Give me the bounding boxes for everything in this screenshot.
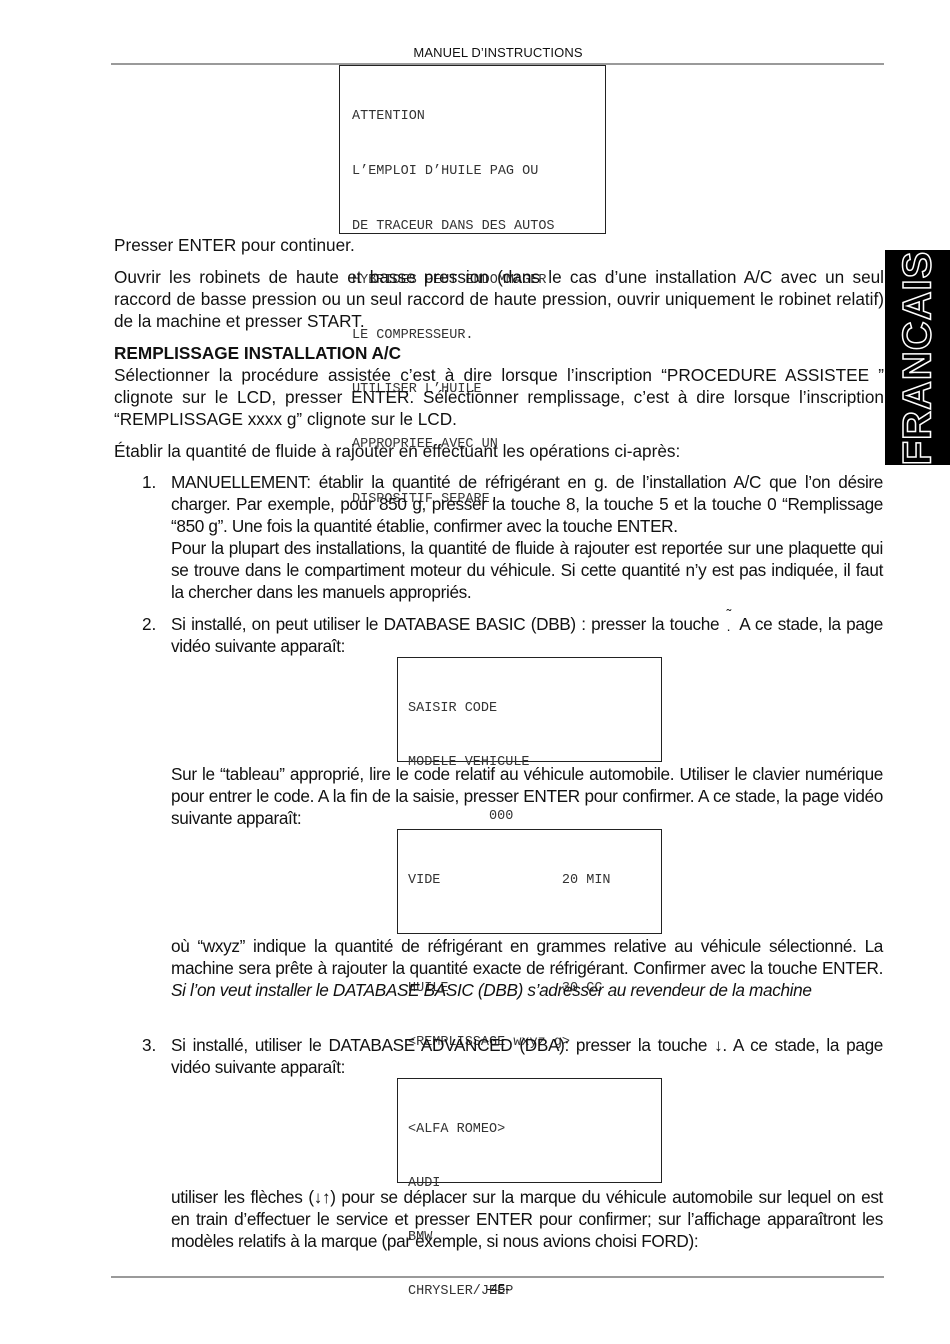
paragraph-press-enter: Presser ENTER pour continuer. (114, 234, 884, 256)
language-side-tab: FRANCAIS (885, 250, 950, 465)
language-tab-label: FRANCAIS (895, 250, 940, 465)
attention-box: ATTENTION L’EMPLOI D’HUILE PAG OU DE TRA… (339, 65, 606, 234)
paragraph-arrows-navigation: utiliser les flèches (↓↑) pour se déplac… (171, 1186, 883, 1252)
paragraph-select-procedure: Sélectionner la procédure assistée c’est… (114, 364, 884, 430)
list-number: 1. (142, 471, 156, 493)
footer-rule (111, 1276, 884, 1278)
wxyz-text: où “wxyz” indique la quantité de réfrigé… (171, 936, 883, 978)
lcd-line: VIDE 20 MIN (408, 872, 651, 890)
list-item-dbb: Si installé, on peut utiliser le DATABAS… (171, 613, 883, 657)
page-number: -45- (0, 1281, 950, 1296)
lcd-line: SAISIR CODE (408, 700, 651, 718)
lcd-screen-fill-summary: VIDE 20 MIN HUILE 30 CC <REMPLISSAGE wxy… (397, 829, 662, 934)
lcd-line: <ALFA ROMEO> (408, 1121, 651, 1139)
dbb-install-note: Si l’on veut installer le DATABASE BASIC… (171, 980, 812, 1000)
lcd-screen-brand-list: <ALFA ROMEO> AUDI BMW CHRYSLER/JEEP (397, 1078, 662, 1183)
list-item-manual: MANUELLEMENT: établir la quantité de réf… (171, 471, 883, 537)
paragraph-wxyz-explanation: où “wxyz” indique la quantité de réfrigé… (171, 935, 883, 1001)
paragraph-open-valves: Ouvrir les robinets de haute et basse pr… (114, 266, 884, 332)
list-number: 3. (142, 1034, 156, 1056)
list-item-dba: Si installé, utiliser le DATABASE ADVANC… (171, 1034, 883, 1078)
paragraph-read-code: Sur le “tableau” approprié, lire le code… (171, 763, 883, 829)
section-title: REMPLISSAGE INSTALLATION A/C (114, 342, 401, 364)
lcd-screen-model-code: SAISIR CODE MODELE VEHICULE 000 Taper EN… (397, 657, 662, 762)
paragraph-establish-quantity: Établir la quantité de fluide à rajouter… (114, 440, 884, 462)
running-header: MANUEL D’INSTRUCTIONS (0, 45, 950, 60)
lcd-line: ATTENTION (352, 108, 593, 126)
dbb-key-icon: ˜. (725, 616, 735, 630)
list-number: 2. (142, 613, 156, 635)
lcd-line: L’EMPLOI D’HUILE PAG OU (352, 163, 593, 181)
list-item-dbb-text: Si installé, on peut utiliser le DATABAS… (171, 614, 725, 634)
list-item-manual-note: Pour la plupart des installations, la qu… (171, 537, 883, 603)
